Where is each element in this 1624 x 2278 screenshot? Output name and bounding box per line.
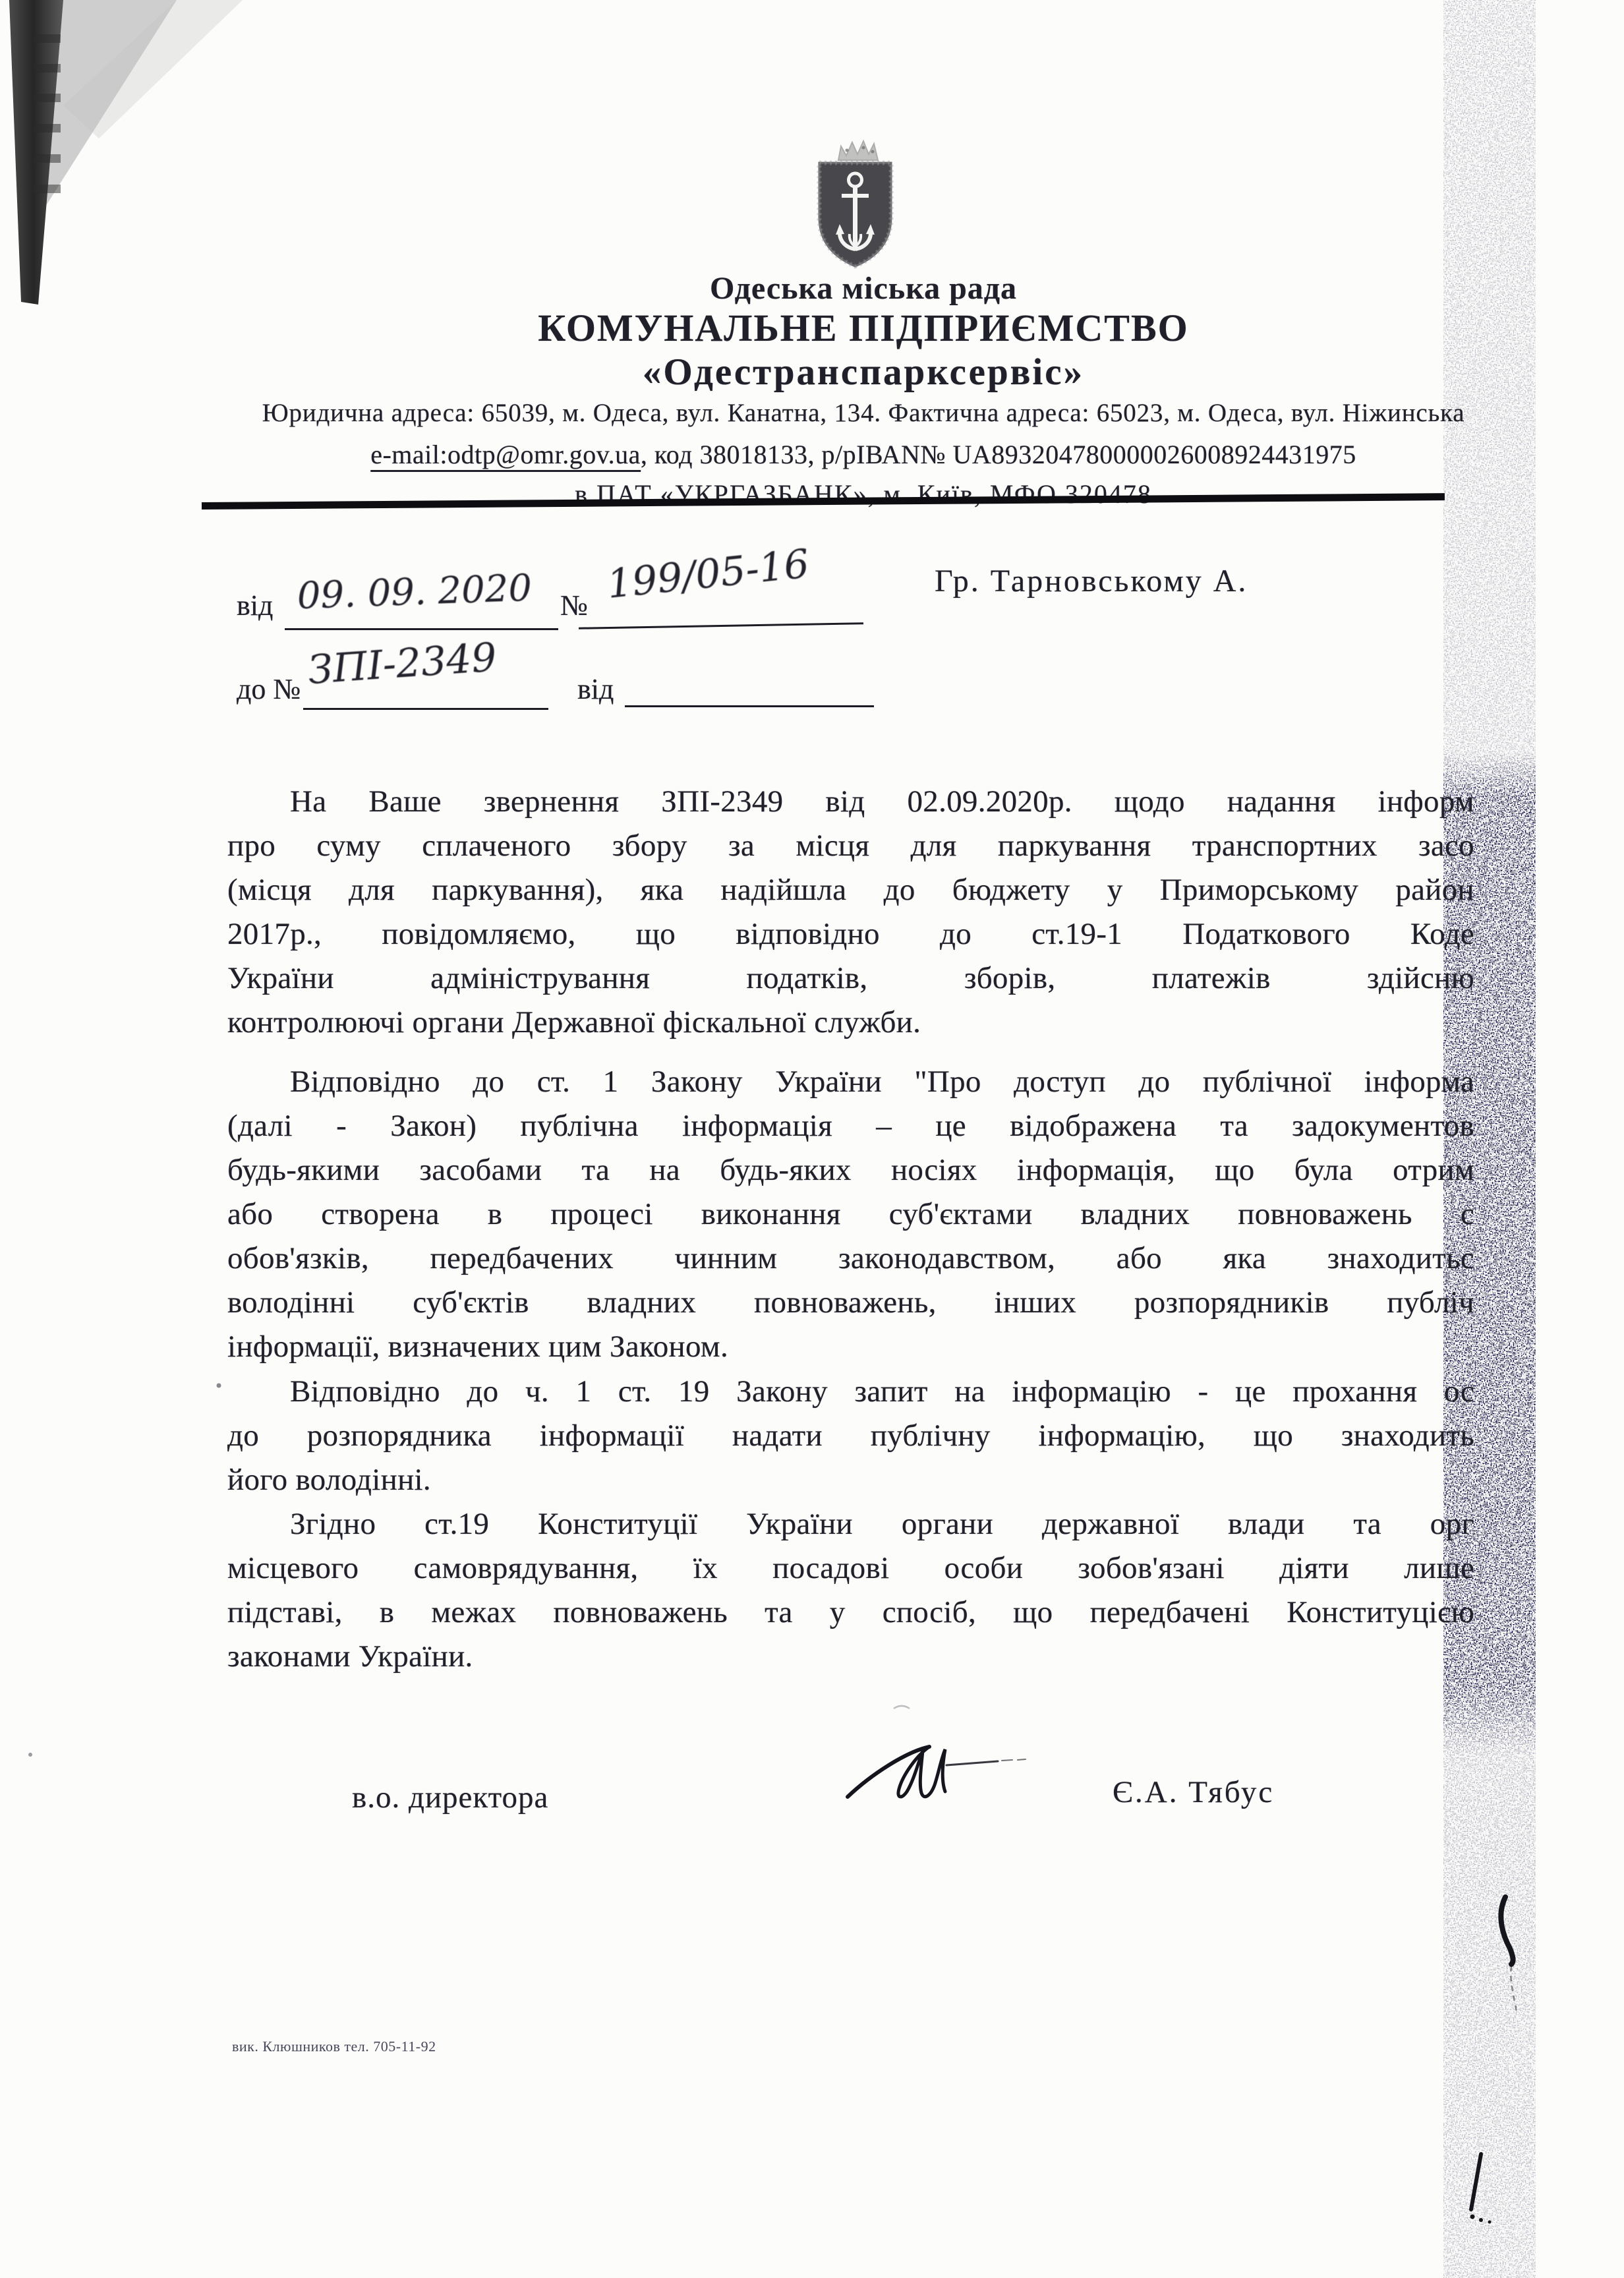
body-line: інформації, визначених цим Законом. — [227, 1325, 1474, 1369]
registration-and-iban: , код 38018133, р/рІВАN№ UA8932047800000… — [641, 440, 1356, 469]
outgoing-date-label: від — [237, 589, 273, 622]
executor-note: вик. Клюшников тел. 705-11-92 — [232, 2038, 436, 2055]
org-name-line: «Одестранспарксервіс» — [643, 351, 1084, 394]
body-line: контролюючі органи Державної фіскальної … — [227, 1001, 1474, 1045]
body-line: або створена в процесі виконання суб'єкт… — [227, 1192, 1474, 1237]
email-label: e-mail: — [370, 440, 448, 469]
addressee: Гр. Тарновському А. — [935, 563, 1248, 599]
body-line: України адміністрування податків, зборів… — [227, 956, 1474, 1001]
body-line: Відповідно до ст. 1 Закону України "Про … — [227, 1060, 1474, 1104]
odesa-coat-of-arms-icon — [819, 141, 891, 266]
pen-mark-1 — [1501, 1897, 1517, 2012]
crown-icon — [838, 141, 878, 160]
signer-name: Є.А. Тябус — [1113, 1774, 1274, 1810]
body-line: будь-якими засобами та на будь-яких носі… — [227, 1148, 1474, 1192]
incoming-number-label: до № — [237, 672, 301, 706]
org-city-council-line: Одеська міська рада — [710, 270, 1017, 307]
signature-scrawl — [848, 1747, 1026, 1797]
paragraph-4: Згідно ст.19 Конституції України органи … — [227, 1502, 1474, 1679]
paragraph-2: Відповідно до ст. 1 Закону України "Про … — [227, 1060, 1474, 1369]
body-line: (місця для паркування), яка надійшла до … — [227, 868, 1474, 912]
left-edge-scan-wedge-artifact — [9, 0, 243, 305]
body-line: (далі - Закон) публічна інформація – це … — [227, 1104, 1474, 1148]
scanned-letter-page: Одеська міська рада КОМУНАЛЬНЕ ПІДПРИЄМС… — [0, 0, 1624, 2278]
outgoing-number-handwritten: 199/05-16 — [605, 540, 811, 608]
outgoing-date-handwritten: 09. 09. 2020 — [297, 567, 533, 618]
email-address: odtp@omr.gov.ua — [448, 440, 641, 469]
paragraph-3: Відповідно до ч. 1 ст. 19 Закону запит н… — [227, 1370, 1474, 1502]
blank-underline — [579, 622, 863, 629]
body-line: місцевого самоврядування, їх посадові ос… — [227, 1546, 1474, 1591]
body-line: володінні суб'єктів владних повноважень,… — [227, 1281, 1474, 1325]
body-line: обов'язків, передбачених чинним законода… — [227, 1237, 1474, 1281]
pen-mark-2 — [1470, 2154, 1492, 2224]
blank-underline — [285, 628, 558, 630]
paragraph-1: На Ваше звернення ЗПІ-2349 від 02.09.202… — [227, 780, 1474, 1045]
email-and-bank-details-line: e-mail:odtp@omr.gov.ua, код 38018133, р/… — [370, 439, 1356, 470]
body-line: Відповідно до ч. 1 ст. 19 Закону запит н… — [227, 1370, 1474, 1414]
body-line: 2017р., повідомляємо, що відповідно до с… — [227, 912, 1474, 956]
blank-underline — [625, 705, 874, 707]
body-line: законами України. — [227, 1635, 1474, 1679]
body-line: На Ваше звернення ЗПІ-2349 від 02.09.202… — [227, 780, 1474, 824]
body-line: про суму сплаченого збору за місця для п… — [227, 824, 1474, 868]
legal-address-line: Юридична адреса: 65039, м. Одеса, вул. К… — [262, 398, 1465, 428]
org-type-line: КОМУНАЛЬНЕ ПІДПРИЄМСТВО — [538, 306, 1189, 350]
blank-underline — [303, 708, 548, 710]
incoming-date-label: від — [577, 672, 614, 706]
outgoing-number-label: № — [560, 589, 588, 622]
body-line: його володінні. — [227, 1458, 1474, 1502]
body-line: до розпорядника інформації надати публіч… — [227, 1414, 1474, 1458]
body-line: Згідно ст.19 Конституції України органи … — [227, 1502, 1474, 1546]
body-line: підставі, в межах повноважень та у спосі… — [227, 1591, 1474, 1635]
shield-anchor-icon — [819, 163, 891, 266]
incoming-number-handwritten: ЗПІ-2349 — [306, 634, 498, 693]
signer-title: в.о. директора — [352, 1780, 548, 1815]
